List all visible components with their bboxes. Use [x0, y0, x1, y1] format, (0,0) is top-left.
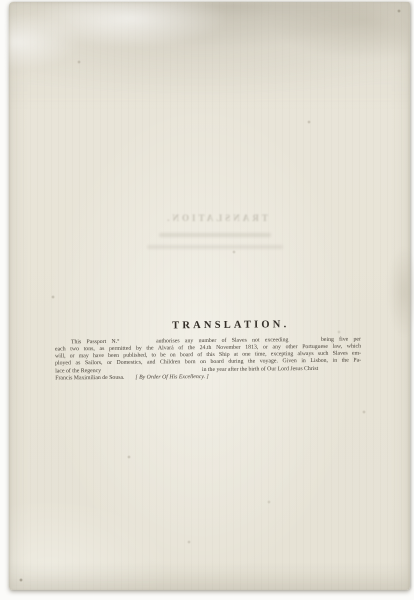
text-spacer	[126, 377, 134, 378]
show-through-line	[147, 245, 283, 249]
show-through-text: TRANSLATION.	[9, 207, 410, 267]
body-text: Francis Maximilian de Sousa.	[55, 375, 124, 382]
paper-stain	[376, 232, 414, 352]
body-text: This Passport N.°	[71, 339, 120, 345]
paper-toning-band	[9, 2, 410, 120]
slave-number-blank	[294, 340, 316, 341]
printed-text-block: TRANSLATION. This Passport N.° authorise…	[55, 319, 362, 383]
show-through-line	[159, 233, 271, 237]
body-text: being five per	[321, 337, 361, 343]
show-through-heading: TRANSLATION.	[131, 213, 301, 223]
document-body: This Passport N.° authorises any number …	[55, 337, 361, 383]
body-text: [ By Order Of His Excellency. ]	[135, 374, 208, 381]
document-page: TRANSLATION. TRANSLATION. This Passport …	[9, 2, 410, 590]
paper-stain	[9, 562, 410, 588]
body-line: Francis Maximilian de Sousa. [ By Order …	[55, 372, 361, 382]
date-blank	[103, 370, 201, 372]
body-text: authorises any number of Slaves not exce…	[156, 337, 288, 344]
passport-number-blank	[125, 342, 151, 343]
body-text: lace of the Regency	[55, 368, 101, 374]
document-title: TRANSLATION.	[78, 318, 384, 332]
body-text: in the year after the birth of Our Lord …	[202, 366, 318, 373]
